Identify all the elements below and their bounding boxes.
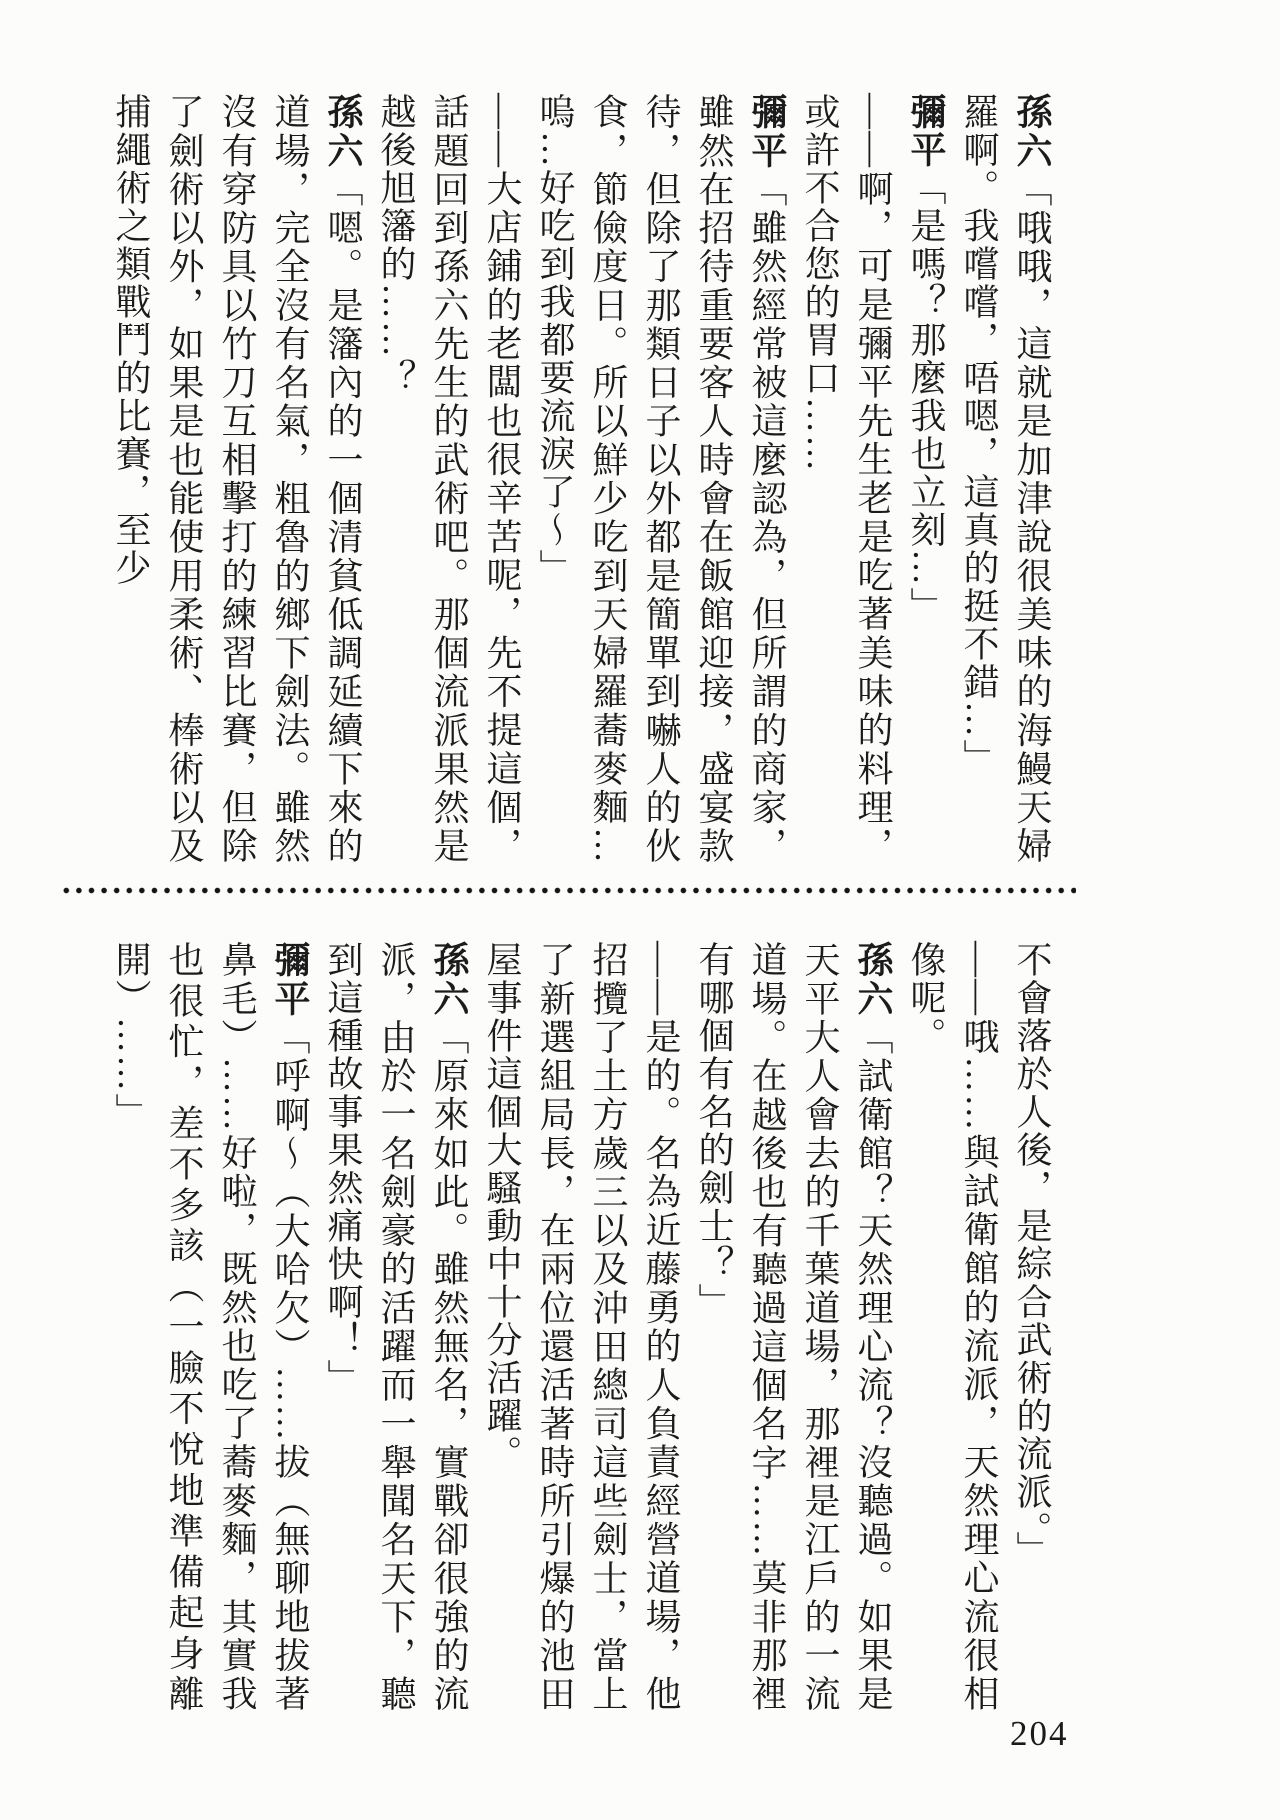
dialogue-text: 「試衛館？天然理心流？沒聽過。如果是天平大人會去的千葉道場，那裡是江戶的一流道場…: [694, 941, 893, 1713]
dialogue-text: 不會落於人後，是綜合武術的流派。」: [1012, 941, 1052, 1569]
speaker-name: 彌平: [747, 93, 787, 170]
speaker-name: 彌平: [906, 93, 946, 169]
dialogue-paragraph: 孫六「試衛館？天然理心流？沒聽過。如果是天平大人會去的千葉道場，那裡是江戶的一流…: [687, 941, 899, 1713]
narration-paragraph: ——哦……與試衛館的流派，天然理心流很相像呢。: [899, 941, 1005, 1713]
dialogue-paragraph: 彌平「雖然經常被這麼認為，但所謂的商家，雖然在招待重要客人時會在飯館迎接，盛宴款…: [528, 93, 793, 865]
dialogue-paragraph: 孫六「原來如此。雖然無名，實戰卻很強的流派，由於一名劍豪的活躍而一舉聞名天下，聽…: [316, 941, 475, 1713]
speaker-name: 孫六: [323, 93, 363, 170]
dialogue-text: 「是嗎？那麼我也立刻…」: [906, 169, 946, 625]
narration-paragraph: ——是的。名為近藤勇的人負責經營道場，他招攬了土方歲三以及沖田總司這些劍士，當上…: [475, 941, 687, 1713]
dialogue-paragraph: 彌平「呼啊～（大哈欠）……拔（無聊地拔著鼻毛）……好啦，既然也吃了蕎麥麵，其實我…: [104, 941, 316, 1713]
dialogue-text: 「雖然經常被這麼認為，但所謂的商家，雖然在招待重要客人時會在飯館迎接，盛宴款待，…: [535, 93, 787, 865]
dialogue-text: 「嗯。是籓內的一個清貧低調延續下來的道場，完全沒有名氣，粗魯的鄉下劍法。雖然沒有…: [111, 93, 363, 865]
narration-text: ——大店鋪的老闆也很辛苦呢，先不提這個，話題回到孫六先生的武術吧。那個流派果然是…: [376, 93, 522, 865]
book-page: 孫六「哦哦，這就是加津說很美味的海鰻天婦羅啊。我嚐嚐，唔嗯，這真的挺不錯…」 彌…: [0, 0, 1280, 1820]
dialogue-paragraph: 孫六「嗯。是籓內的一個清貧低調延續下來的道場，完全沒有名氣，粗魯的鄉下劍法。雖然…: [104, 93, 369, 865]
speaker-name: 彌平: [270, 941, 310, 1018]
narration-text: ——是的。名為近藤勇的人負責經營道場，他招攬了土方歲三以及沖田總司這些劍士，當上…: [482, 941, 681, 1713]
dialogue-paragraph: 彌平「是嗎？那麼我也立刻…」: [899, 93, 952, 865]
speaker-name: 孫六: [429, 941, 469, 1018]
speaker-name: 孫六: [1012, 93, 1052, 170]
narration-text: ——啊，可是彌平先生老是吃著美味的料理，或許不合您的胃口……: [800, 93, 893, 865]
narration-text: ——哦……與試衛館的流派，天然理心流很相像呢。: [906, 941, 999, 1713]
dialogue-text: 「原來如此。雖然無名，實戰卻很強的流派，由於一名劍豪的活躍而一舉聞名天下，聽到這…: [323, 941, 469, 1713]
dialogue-paragraph: 孫六「哦哦，這就是加津說很美味的海鰻天婦羅啊。我嚐嚐，唔嗯，這真的挺不錯…」: [952, 93, 1058, 865]
dialogue-section-top: 孫六「哦哦，這就是加津說很美味的海鰻天婦羅啊。我嚐嚐，唔嗯，這真的挺不錯…」 彌…: [100, 93, 1058, 865]
speaker-name: 孫六: [853, 941, 893, 1018]
dialogue-text: 「呼啊～（大哈欠）……拔（無聊地拔著鼻毛）……好啦，既然也吃了蕎麥麵，其實我也很…: [111, 941, 310, 1713]
page-number: 204: [1010, 1714, 1069, 1754]
dialogue-section-bottom: 不會落於人後，是綜合武術的流派。」 ——哦……與試衛館的流派，天然理心流很相像呢…: [100, 941, 1058, 1713]
section-divider-dotted: [60, 886, 1076, 895]
narration-paragraph: ——大店鋪的老闆也很辛苦呢，先不提這個，話題回到孫六先生的武術吧。那個流派果然是…: [369, 93, 528, 865]
dialogue-paragraph: 不會落於人後，是綜合武術的流派。」: [1005, 941, 1058, 1713]
dialogue-text: 「哦哦，這就是加津說很美味的海鰻天婦羅啊。我嚐嚐，唔嗯，這真的挺不錯…」: [959, 93, 1052, 865]
narration-paragraph: ——啊，可是彌平先生老是吃著美味的料理，或許不合您的胃口……: [793, 93, 899, 865]
